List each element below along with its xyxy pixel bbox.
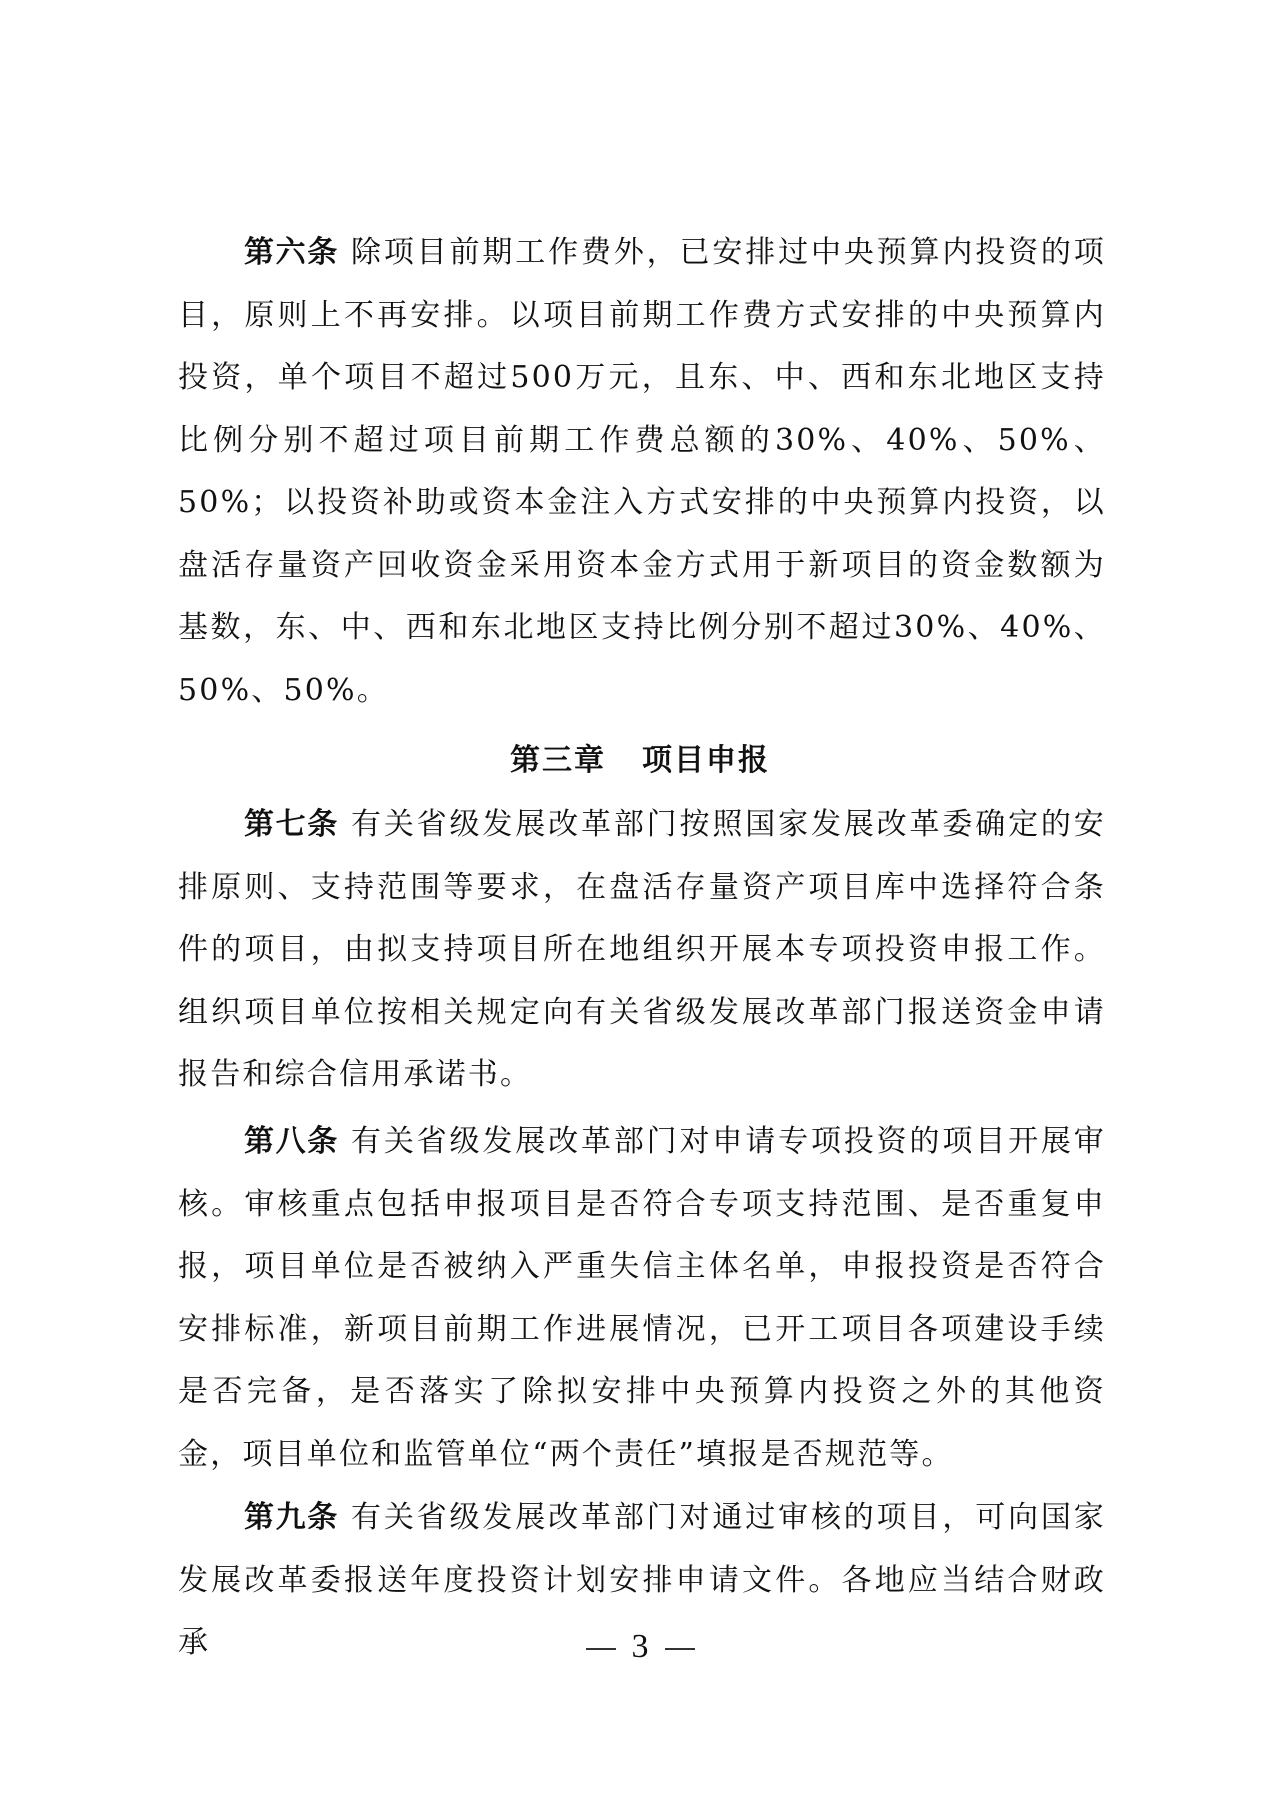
article-8: 第八条有关省级发展改革部门对申请专项投资的项目开展审核。审核重点包括申报项目是否…: [178, 1111, 1106, 1486]
page-number: 3: [0, 1628, 1280, 1666]
article-label: 第六条: [244, 235, 339, 270]
article-label: 第八条: [244, 1124, 339, 1159]
article-7: 第七条有关省级发展改革部门按照国家发展改革委确定的安排原则、支持范围等要求，在盘…: [178, 794, 1106, 1107]
article-text: 有关省级发展改革部门按照国家发展改革委确定的安排原则、支持范围等要求，在盘活存量…: [178, 807, 1106, 1092]
article-text: 除项目前期工作费外，已安排过中央预算内投资的项目，原则上不再安排。以项目前期工作…: [178, 235, 1106, 708]
chapter-heading: 第三章项目申报: [0, 735, 1280, 779]
dash-right: [665, 1648, 695, 1650]
chapter-number: 第三章: [510, 743, 606, 778]
article-6: 第六条除项目前期工作费外，已安排过中央预算内投资的项目，原则上不再安排。以项目前…: [178, 222, 1106, 722]
dash-left: [586, 1648, 616, 1650]
article-text: 有关省级发展改革部门对申请专项投资的项目开展审核。审核重点包括申报项目是否符合专…: [178, 1124, 1106, 1472]
page-number-value: 3: [632, 1628, 649, 1665]
chapter-title: 项目申报: [642, 743, 770, 778]
article-label: 第七条: [244, 807, 339, 842]
document-page: 第六条除项目前期工作费外，已安排过中央预算内投资的项目，原则上不再安排。以项目前…: [0, 0, 1280, 1810]
article-label: 第九条: [244, 1500, 339, 1535]
